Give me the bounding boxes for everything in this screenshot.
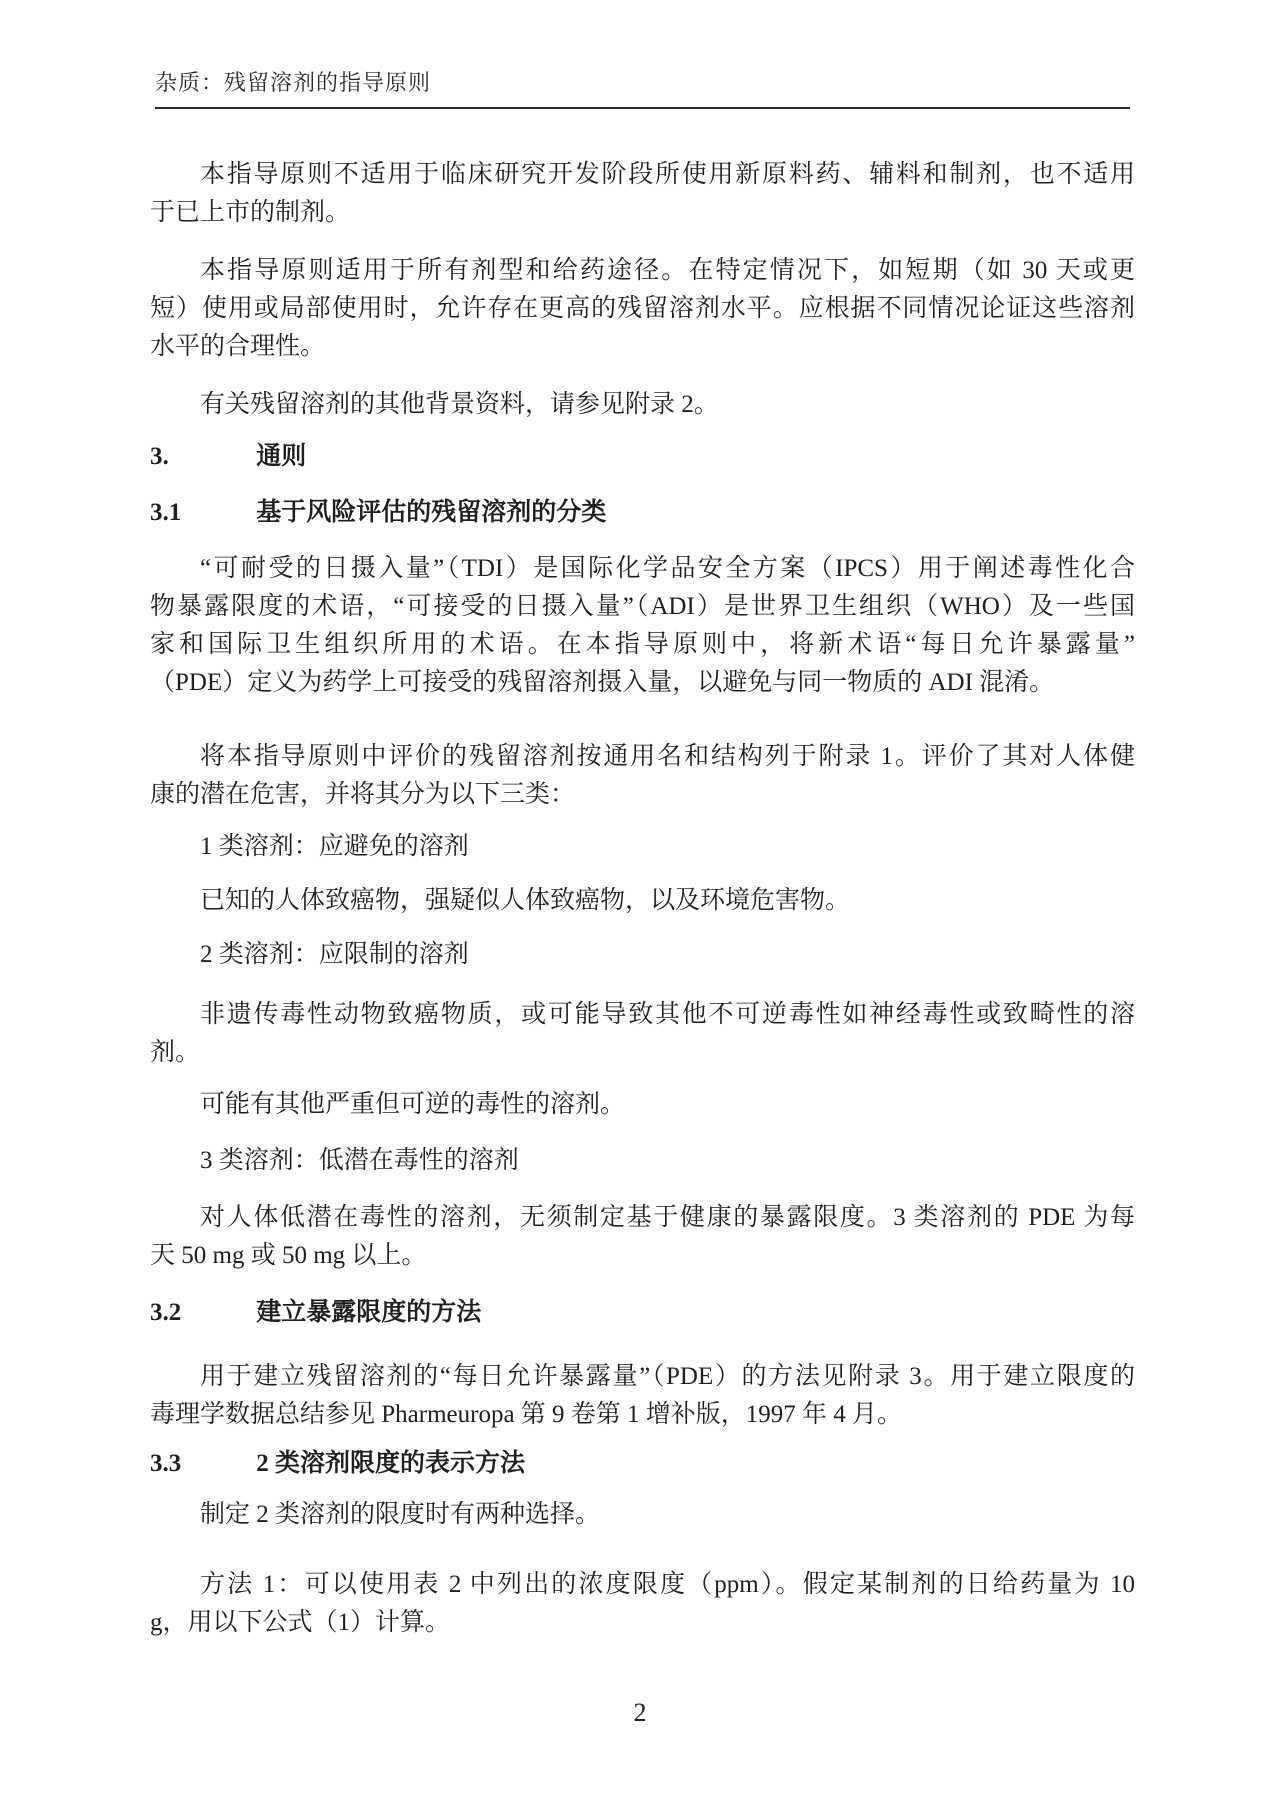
text-line: 可能有其他严重但可逆的毒性的溶剂。 — [150, 1086, 1135, 1124]
section-heading: 3. 通则 — [150, 438, 1135, 476]
paragraph: 非遗传毒性动物致癌物质，或可能导致其他不可逆毒性如神经毒性或致畸性的溶 剂。 — [150, 996, 1135, 1072]
text-line: 有关残留溶剂的其他背景资料，请参见附录 2。 — [150, 386, 1135, 424]
text-line: 用于建立残留溶剂的“每日允许暴露量”（PDE）的方法见附录 3。用于建立限度的 — [150, 1358, 1135, 1396]
text-line: 水平的合理性。 — [150, 328, 1135, 366]
paragraph: 本指导原则适用于所有剂型和给药途径。在特定情况下，如短期（如 30 天或更 短）… — [150, 252, 1135, 366]
paragraph: 对人体低潜在毒性的溶剂，无须制定基于健康的暴露限度。3 类溶剂的 PDE 为每 … — [150, 1199, 1135, 1275]
text-line: 非遗传毒性动物致癌物质，或可能导致其他不可逆毒性如神经毒性或致畸性的溶 — [150, 996, 1135, 1034]
document-body: 本指导原则不适用于临床研究开发阶段所使用新原料药、辅料和制剂，也不适用 于已上市… — [150, 156, 1135, 1642]
section-number: 3.2 — [150, 1294, 250, 1332]
text-line: 物暴露限度的术语，“可接受的日摄入量”（ADI）是世界卫生组织（WHO）及一些国 — [150, 588, 1135, 626]
text-line: 康的潜在危害，并将其分为以下三类： — [150, 776, 1135, 814]
text-line: 3 类溶剂：低潜在毒性的溶剂 — [150, 1142, 1135, 1180]
text-line: 天 50 mg 或 50 mg 以上。 — [150, 1237, 1135, 1275]
section-heading: 3.2 建立暴露限度的方法 — [150, 1294, 1135, 1332]
text-line: 本指导原则适用于所有剂型和给药途径。在特定情况下，如短期（如 30 天或更 — [150, 252, 1135, 290]
paragraph: 本指导原则不适用于临床研究开发阶段所使用新原料药、辅料和制剂，也不适用 于已上市… — [150, 156, 1135, 232]
section-title: 通则 — [256, 443, 306, 470]
section-title: 基于风险评估的残留溶剂的分类 — [256, 499, 606, 526]
section-title: 建立暴露限度的方法 — [256, 1299, 481, 1326]
text-line: 制定 2 类溶剂的限度时有两种选择。 — [150, 1496, 1135, 1534]
text-line: 毒理学数据总结参见 Pharmeuropa 第 9 卷第 1 增补版，1997 … — [150, 1396, 1135, 1434]
text-line: 本指导原则不适用于临床研究开发阶段所使用新原料药、辅料和制剂，也不适用 — [150, 156, 1135, 194]
text-line: 2 类溶剂：应限制的溶剂 — [150, 936, 1135, 974]
section-number: 3.1 — [150, 494, 250, 532]
paragraph: 已知的人体致癌物，强疑似人体致癌物，以及环境危害物。 — [150, 882, 1135, 920]
section-heading: 3.3 2 类溶剂限度的表示方法 — [150, 1445, 1135, 1483]
text-line: 方法 1：可以使用表 2 中列出的浓度限度（ppm）。假定某制剂的日给药量为 1… — [150, 1566, 1135, 1604]
paragraph: 1 类溶剂：应避免的溶剂 — [150, 828, 1135, 866]
text-line: 家和国际卫生组织所用的术语。在本指导原则中，将新术语“每日允许暴露量” — [150, 626, 1135, 664]
section-number: 3. — [150, 438, 250, 476]
text-line: “可耐受的日摄入量”（TDI）是国际化学品安全方案（IPCS）用于阐述毒性化合 — [150, 550, 1135, 588]
document-page: 杂质：残留溶剂的指导原则 本指导原则不适用于临床研究开发阶段所使用新原料药、辅料… — [0, 0, 1280, 1810]
section-number: 3.3 — [150, 1445, 250, 1483]
paragraph: 方法 1：可以使用表 2 中列出的浓度限度（ppm）。假定某制剂的日给药量为 1… — [150, 1566, 1135, 1642]
text-line: 将本指导原则中评价的残留溶剂按通用名和结构列于附录 1。评价了其对人体健 — [150, 738, 1135, 776]
paragraph: 有关残留溶剂的其他背景资料，请参见附录 2。 — [150, 386, 1135, 424]
text-line: （PDE）定义为药学上可接受的残留溶剂摄入量，以避免与同一物质的 ADI 混淆。 — [150, 664, 1135, 702]
paragraph: 3 类溶剂：低潜在毒性的溶剂 — [150, 1142, 1135, 1180]
text-line: g，用以下公式（1）计算。 — [150, 1604, 1135, 1642]
header-rule — [155, 107, 1130, 109]
text-line: 1 类溶剂：应避免的溶剂 — [150, 828, 1135, 866]
text-line: 对人体低潜在毒性的溶剂，无须制定基于健康的暴露限度。3 类溶剂的 PDE 为每 — [150, 1199, 1135, 1237]
page-number: 2 — [0, 1698, 1280, 1728]
section-title: 2 类溶剂限度的表示方法 — [256, 1450, 525, 1477]
text-line: 于已上市的制剂。 — [150, 194, 1135, 232]
paragraph: 制定 2 类溶剂的限度时有两种选择。 — [150, 1496, 1135, 1534]
section-heading: 3.1 基于风险评估的残留溶剂的分类 — [150, 494, 1135, 532]
paragraph: 可能有其他严重但可逆的毒性的溶剂。 — [150, 1086, 1135, 1124]
running-header: 杂质：残留溶剂的指导原则 — [155, 66, 431, 97]
paragraph: 将本指导原则中评价的残留溶剂按通用名和结构列于附录 1。评价了其对人体健 康的潜… — [150, 738, 1135, 814]
text-line: 已知的人体致癌物，强疑似人体致癌物，以及环境危害物。 — [150, 882, 1135, 920]
paragraph: “可耐受的日摄入量”（TDI）是国际化学品安全方案（IPCS）用于阐述毒性化合 … — [150, 550, 1135, 702]
paragraph: 2 类溶剂：应限制的溶剂 — [150, 936, 1135, 974]
paragraph: 用于建立残留溶剂的“每日允许暴露量”（PDE）的方法见附录 3。用于建立限度的 … — [150, 1358, 1135, 1434]
text-line: 短）使用或局部使用时，允许存在更高的残留溶剂水平。应根据不同情况论证这些溶剂 — [150, 290, 1135, 328]
text-line: 剂。 — [150, 1034, 1135, 1072]
